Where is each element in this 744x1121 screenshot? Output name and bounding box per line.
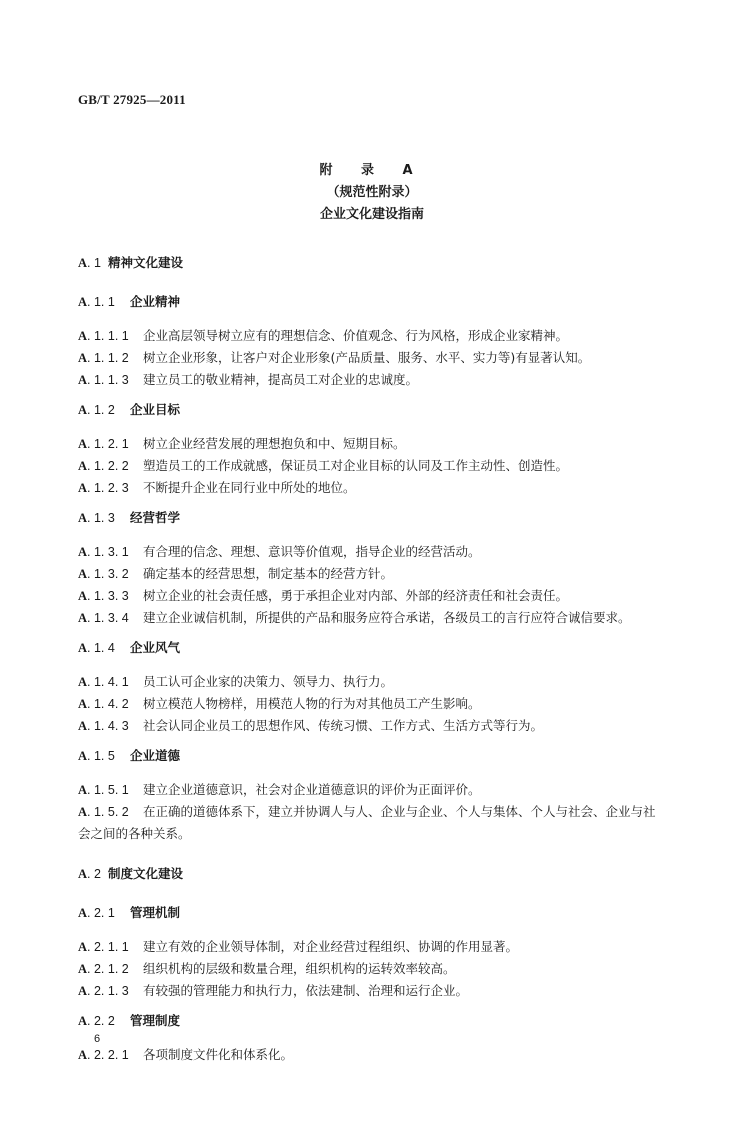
clause-text: 社会认同企业员工的思想作风、传统习惯、工作方式、生活方式等行为。 (143, 718, 543, 733)
clause-text: 树立企业形象，让客户对企业形象(产品质量、服务、水平、实力等)有显著认知。 (143, 350, 590, 365)
clause-text: 树立企业经营发展的理想抱负和中、短期目标。 (143, 436, 406, 451)
subsection-title: 经营哲学 (130, 510, 180, 525)
section-number: A. 1. 5. 1 (78, 780, 143, 801)
clause-item: A. 1. 4. 2树立模范人物榜样，用模范人物的行为对其他员工产生影响。 (78, 693, 693, 715)
section-number: A. 1. 5 (78, 745, 130, 767)
section-number: A. 1. 2. 3 (78, 478, 143, 499)
clause-item: A. 1. 3. 4建立企业诚信机制，所提供的产品和服务应符合承诺，各级员工的言… (78, 607, 693, 629)
section-number: A. 1 (78, 252, 108, 274)
clause-item: A. 1. 4. 3社会认同企业员工的思想作风、传统习惯、工作方式、生活方式等行… (78, 715, 693, 737)
clause-text-continued: 会之间的各种关系。 (78, 823, 693, 844)
clause-item: A. 1. 5. 1建立企业道德意识，社会对企业道德意识的评价为正面评价。 (78, 779, 693, 801)
clause-text: 各项制度文件化和体系化。 (143, 1047, 293, 1062)
section-number: A. 2. 1. 2 (78, 959, 143, 980)
section-number: A. 2. 1 (78, 902, 130, 924)
clause-item: A. 2. 1. 2组织机构的层级和数量合理，组织机构的运转效率较高。 (78, 958, 693, 980)
subsection-title: 企业精神 (130, 294, 180, 309)
section-number: A. 1. 1 (78, 291, 130, 313)
clause-item: A. 2. 2. 1各项制度文件化和体系化。 (78, 1044, 693, 1066)
section-number: A. 1. 3. 1 (78, 542, 143, 563)
subsection-heading: A. 1. 5企业道德 (78, 745, 693, 767)
clause-item: A. 1. 5. 2在正确的道德体系下，建立并协调人与人、企业与企业、个人与集体… (78, 801, 693, 823)
clause-item: A. 2. 1. 3有较强的管理能力和执行力，依法建制、治理和运行企业。 (78, 980, 693, 1002)
section-number: A. 1. 4. 2 (78, 694, 143, 715)
subsection-title: 企业风气 (130, 640, 180, 655)
section-number: A. 1. 3. 2 (78, 564, 143, 585)
clause-text: 塑造员工的工作成就感，保证员工对企业目标的认同及工作主动性、创造性。 (143, 458, 568, 473)
clause-item: A. 1. 3. 3树立企业的社会责任感，勇于承担企业对内部、外部的经济责任和社… (78, 585, 693, 607)
clause-item: A. 2. 1. 1建立有效的企业领导体制，对企业经营过程组织、协调的作用显著。 (78, 936, 693, 958)
section-number: A. 1. 3 (78, 507, 130, 529)
clause-item: A. 1. 1. 3建立员工的敬业精神，提高员工对企业的忠诚度。 (78, 369, 693, 391)
clause-item: A. 1. 1. 2树立企业形象，让客户对企业形象(产品质量、服务、水平、实力等… (78, 347, 693, 369)
subsection-title: 企业道德 (130, 748, 180, 763)
subsection-title: 管理制度 (130, 1013, 180, 1028)
section-number: A. 1. 2. 2 (78, 456, 143, 477)
section-number: A. 1. 5. 2 (78, 802, 143, 823)
subsection-heading: A. 1. 3经营哲学 (78, 507, 693, 529)
section-number: A. 2. 1. 1 (78, 937, 143, 958)
clause-text: 员工认可企业家的决策力、领导力、执行力。 (143, 674, 393, 689)
subsection-heading: A. 2. 1管理机制 (78, 902, 693, 924)
section-number: A. 2. 2. 1 (78, 1045, 143, 1066)
section-number: A. 1. 1. 3 (78, 370, 143, 391)
section-heading: A. 1精神文化建设 (78, 252, 693, 274)
document-body: A. 1精神文化建设A. 1. 1企业精神A. 1. 1. 1企业高层领导树立应… (78, 252, 693, 1066)
subsection-heading: A. 1. 1企业精神 (78, 291, 693, 313)
section-number: A. 1. 1. 2 (78, 348, 143, 369)
clause-text: 建立有效的企业领导体制，对企业经营过程组织、协调的作用显著。 (143, 939, 518, 954)
clause-item: A. 1. 1. 1企业高层领导树立应有的理想信念、价值观念、行为风格，形成企业… (78, 325, 693, 347)
clause-item: A. 1. 4. 1员工认可企业家的决策力、领导力、执行力。 (78, 671, 693, 693)
clause-item: A. 1. 3. 2确定基本的经营思想，制定基本的经营方针。 (78, 563, 693, 585)
appendix-type: （规范性附录） (0, 182, 744, 204)
section-number: A. 1. 3. 3 (78, 586, 143, 607)
clause-item: A. 1. 3. 1有合理的信念、理想、意识等价值观，指导企业的经营活动。 (78, 541, 693, 563)
section-number: A. 1. 1. 1 (78, 326, 143, 347)
section-number: A. 1. 2. 1 (78, 434, 143, 455)
section-number: A. 1. 2 (78, 399, 130, 421)
clause-text: 建立企业道德意识，社会对企业道德意识的评价为正面评价。 (143, 782, 481, 797)
clause-text: 建立企业诚信机制，所提供的产品和服务应符合承诺，各级员工的言行应符合诚信要求。 (143, 610, 631, 625)
clause-text: 树立模范人物榜样，用模范人物的行为对其他员工产生影响。 (143, 696, 481, 711)
clause-text: 组织机构的层级和数量合理，组织机构的运转效率较高。 (143, 961, 456, 976)
appendix-title-block: 附 录 A （规范性附录） 企业文化建设指南 (0, 160, 744, 226)
clause-item: A. 1. 2. 2塑造员工的工作成就感，保证员工对企业目标的认同及工作主动性、… (78, 455, 693, 477)
section-heading: A. 2制度文化建设 (78, 863, 693, 885)
standard-code: GB/T 27925—2011 (78, 92, 186, 108)
subsection-heading: A. 1. 4企业风气 (78, 637, 693, 659)
clause-text: 有合理的信念、理想、意识等价值观，指导企业的经营活动。 (143, 544, 481, 559)
section-number: A. 1. 4 (78, 637, 130, 659)
section-number: A. 1. 4. 1 (78, 672, 143, 693)
section-number: A. 2 (78, 863, 108, 885)
section-number: A. 2. 1. 3 (78, 981, 143, 1002)
clause-text: 在正确的道德体系下，建立并协调人与人、企业与企业、个人与集体、个人与社会、企业与… (143, 804, 656, 819)
subsection-title: 管理机制 (130, 905, 180, 920)
appendix-label: 附 录 A (0, 160, 744, 182)
clause-text: 树立企业的社会责任感，勇于承担企业对内部、外部的经济责任和社会责任。 (143, 588, 568, 603)
clause-text: 建立员工的敬业精神，提高员工对企业的忠诚度。 (143, 372, 418, 387)
clause-text: 有较强的管理能力和执行力，依法建制、治理和运行企业。 (143, 983, 468, 998)
section-number: A. 1. 4. 3 (78, 716, 143, 737)
clause-item: A. 1. 2. 3不断提升企业在同行业中所处的地位。 (78, 477, 693, 499)
clause-item: A. 1. 2. 1树立企业经营发展的理想抱负和中、短期目标。 (78, 433, 693, 455)
section-title: 制度文化建设 (108, 866, 183, 881)
subsection-heading: A. 1. 2企业目标 (78, 399, 693, 421)
section-number: A. 2. 2 (78, 1010, 130, 1032)
subsection-title: 企业目标 (130, 402, 180, 417)
clause-text: 确定基本的经营思想，制定基本的经营方针。 (143, 566, 393, 581)
section-number: A. 1. 3. 4 (78, 608, 143, 629)
appendix-title: 企业文化建设指南 (0, 204, 744, 226)
clause-text: 企业高层领导树立应有的理想信念、价值观念、行为风格，形成企业家精神。 (143, 328, 568, 343)
subsection-heading: A. 2. 2管理制度 (78, 1010, 693, 1032)
page-number: 6 (94, 1033, 100, 1045)
section-title: 精神文化建设 (108, 255, 183, 270)
clause-text: 不断提升企业在同行业中所处的地位。 (143, 480, 356, 495)
